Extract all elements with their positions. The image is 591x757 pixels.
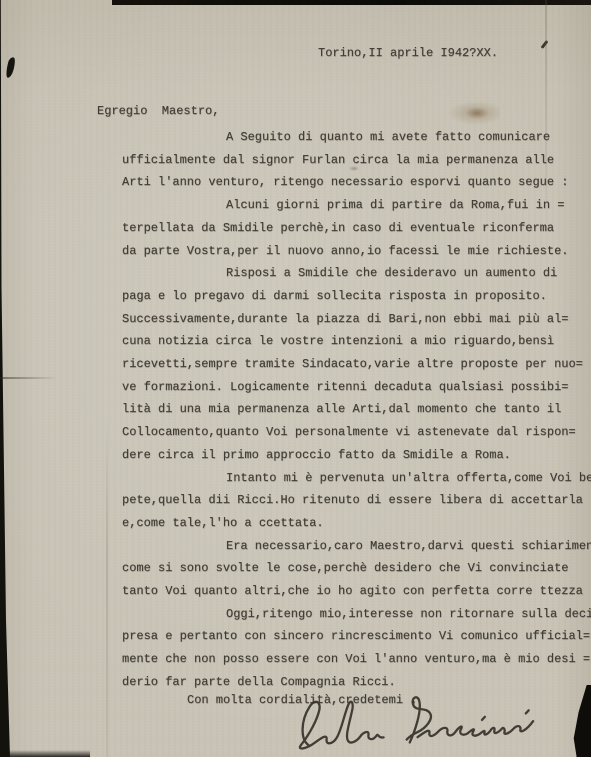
letter-line: pete,quella dii Ricci.Ho ritenuto di ess… [122,489,591,512]
letter-line: ve formazioni. Logicamente ritenni decad… [122,376,591,399]
letter-line: da parte Vostra,per il nuovo anno,io fac… [122,240,591,263]
salutation: Egregio Maestro, [97,104,219,118]
letter-line: Alcuni giorni prima di partire da Roma,f… [122,194,591,217]
letter-line: mente che non posso essere con Voi l'ann… [122,648,591,671]
letter-line: Oggi,ritengo mio,interesse non ritornare… [122,603,591,626]
letter-line: A Seguito di quanto mi avete fatto comun… [122,126,591,149]
vertical-fold-crease-left [106,420,108,757]
letter-line: dere circa il primo approccio fatto da S… [122,444,591,467]
bottom-scan-shadow [0,750,90,757]
letter-line: ufficialmente dal signor Furlan circa la… [122,149,591,172]
letter-line: Arti l'anno venturo, ritengo necessario … [122,171,591,194]
letter-line: Intanto mi è pervenuta un'altra offerta,… [122,467,591,490]
letter-body: A Seguito di quanto mi avete fatto comun… [122,126,591,694]
letter-line: come si sono svolte le cose,perchè desid… [122,557,591,580]
signature [292,685,554,756]
signature-drawing [292,685,554,756]
letter-line: tanto Voi quanto altri,che io ho agito c… [122,580,591,603]
top-scan-band [112,0,591,5]
horizontal-fold-crease [0,377,58,379]
ink-blot-mark [5,56,17,78]
letter-line: paga e lo pregavo di darmi sollecita ris… [122,285,591,308]
letter-line: Era necessario,caro Maestro,darvi questi… [122,535,591,558]
date-line: Torino,II aprile I942?XX. [318,46,498,60]
letter-line: lità di una mia permanenza alle Arti,dal… [122,398,591,421]
letter-line: terpellata da Smidile perchè,in caso di … [122,217,591,240]
bottom-right-scan-corner [567,685,591,757]
letter-line: e,come tale,l'ho a ccettata. [122,512,591,535]
letter-page: Torino,II aprile I942?XX. Egregio Maestr… [0,0,591,757]
paper-stain-core [466,107,488,119]
letter-line: Successivamente,durante la piazza di Bar… [122,308,591,331]
letter-line: ricevetti,sempre tramite Sindacato,varie… [122,353,591,376]
letter-line: Risposi a Smidile che desideravo un aume… [122,262,591,285]
letter-line: Collocamento,quanto Voi personalmente vi… [122,421,591,444]
letter-line: cuna notizia circa le vostre intenzioni … [122,330,591,353]
letter-line: presa e pertanto con sincero rincrescime… [122,625,591,648]
